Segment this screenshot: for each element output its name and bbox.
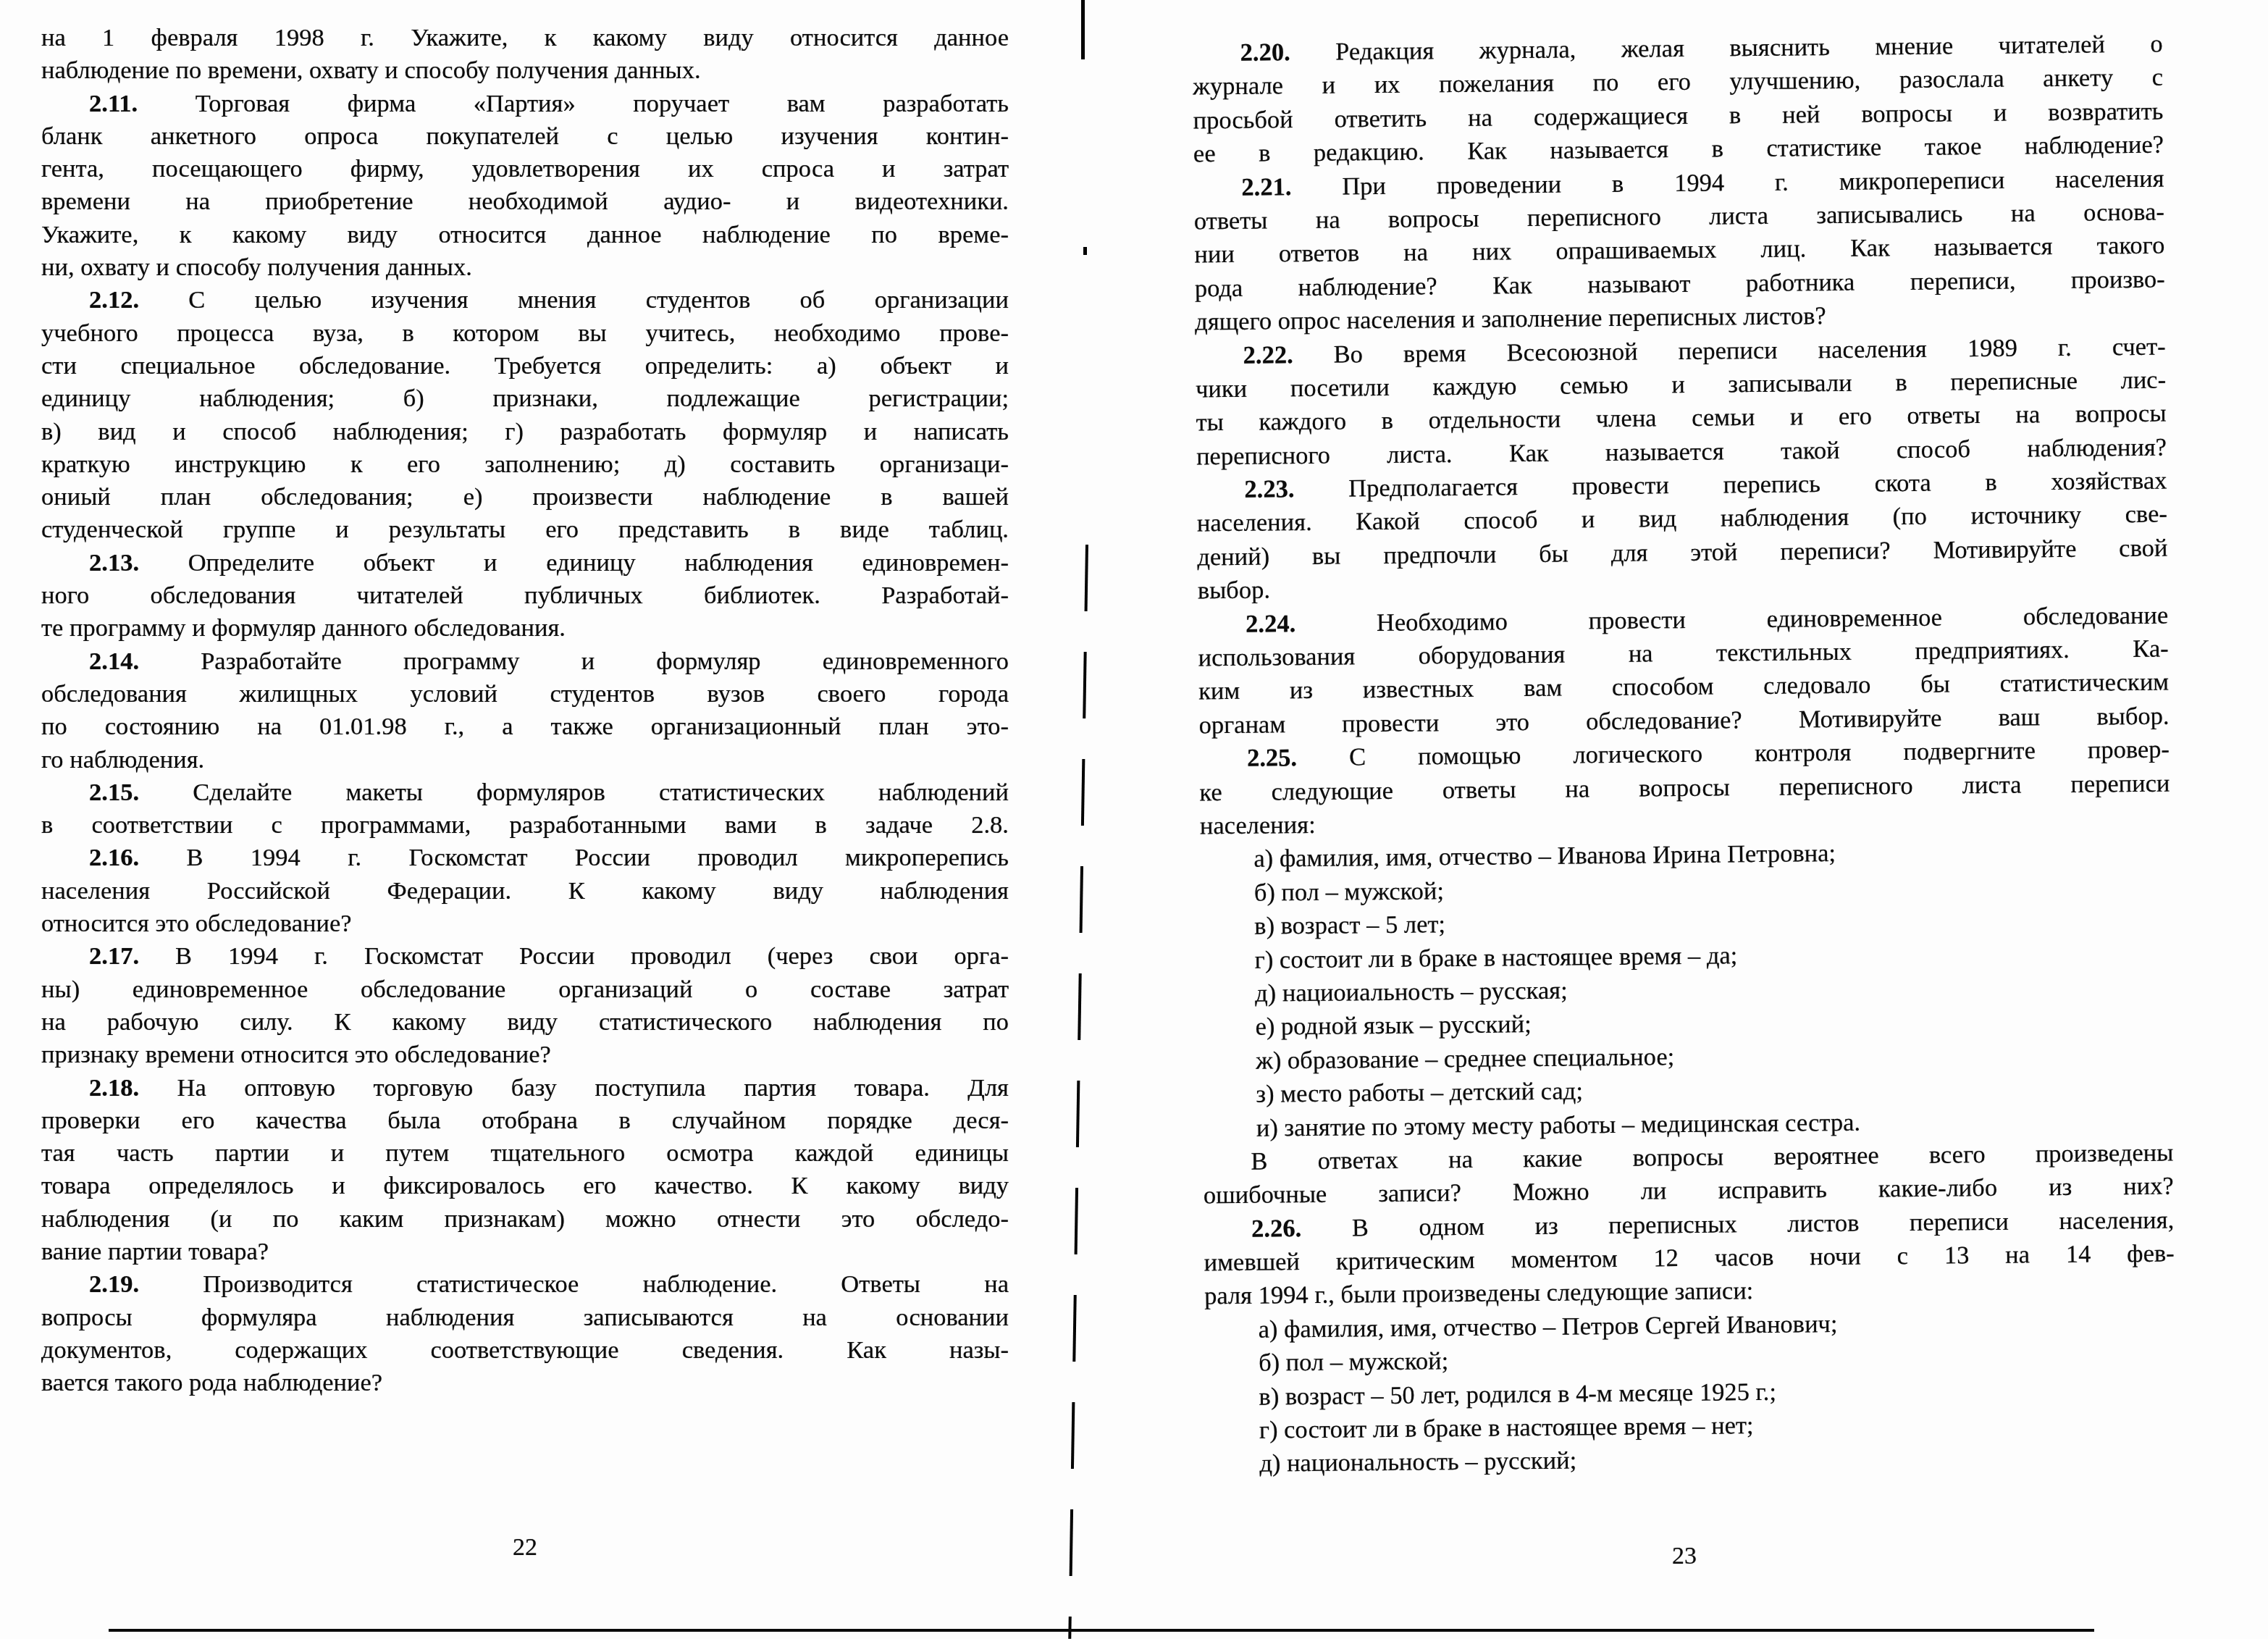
text-line: гента, посещающего фирму, удовлетворения… [41, 153, 1009, 185]
text-line: бланк анкетного опроса покупателей с цел… [41, 120, 1009, 153]
text-line: вается такого рода наблюдение? [41, 1367, 1009, 1399]
text-line: в) вид и способ наблюдения; г) разработа… [41, 416, 1009, 448]
problem-number: 2.22. [1243, 341, 1293, 369]
text-line: вопросы формуляра наблюдения записываютс… [41, 1301, 1009, 1334]
text-line: тая часть партии и путем тщательного осм… [41, 1137, 1009, 1170]
problem-number: 2.19. [89, 1270, 139, 1298]
problem-number: 2.13. [89, 549, 139, 577]
text-line: 2.12. С целью изучения мнения студентов … [41, 284, 1009, 317]
text-line: по состоянию на 01.01.98 г., а также орг… [41, 710, 1009, 743]
text-line: населения Российской Федерации. К какому… [41, 875, 1009, 907]
page-number-left: 22 [41, 1534, 1009, 1562]
text-line: товара определялось и фиксировалось его … [41, 1170, 1009, 1202]
binding-fold-line-top [1081, 0, 1085, 59]
problem-number: 2.23. [1244, 475, 1294, 503]
text-line: краткую инструкцию к его заполнению; д) … [41, 448, 1009, 481]
page-number-right: 23 [1199, 1543, 2170, 1570]
text-line: документов, содержащих соответствующие с… [41, 1334, 1009, 1367]
scan-edge-line [109, 1629, 2094, 1632]
text-line: на рабочую силу. К какому виду статистич… [41, 1006, 1009, 1039]
page-23-text-block: 2.20. Редакция журнала, желая выяснить м… [1192, 28, 2176, 1482]
text-line: учебного процесса вуза, в котором вы учи… [41, 317, 1009, 350]
problem-number: 2.18. [89, 1074, 139, 1102]
problem-number: 2.11. [89, 90, 138, 117]
text-line: Укажите, к какому виду относится данное … [41, 219, 1009, 251]
text-line: 2.11. Торговая фирма «Партия» поручает в… [41, 88, 1009, 120]
problem-number: 2.26. [1251, 1215, 1301, 1243]
binding-fold-dashed-line [1068, 545, 1088, 1639]
problem-number: 2.15. [89, 779, 139, 806]
text-line: 2.15. Сделайте макеты формуляров статист… [41, 776, 1009, 809]
problem-number: 2.20. [1240, 38, 1290, 67]
text-line: вание партии товара? [41, 1236, 1009, 1268]
text-line: относится это обследование? [41, 907, 1009, 940]
text-line: те программу и формуляр данного обследов… [41, 612, 1009, 645]
text-line: 2.17. В 1994 г. Госкомстат России провод… [41, 940, 1009, 973]
text-line: времени на приобретение необходимой ауди… [41, 185, 1009, 218]
problem-number: 2.21. [1241, 173, 1291, 201]
text-line: на 1 февраля 1998 г. Укажите, к какому в… [41, 22, 1009, 54]
text-line: 2.18. На оптовую торговую базу поступила… [41, 1072, 1009, 1104]
text-line: проверки его качества была отобрана в сл… [41, 1104, 1009, 1137]
text-line: единицу наблюдения; б) признаки, подлежа… [41, 382, 1009, 415]
text-line: признаку времени относится это обследова… [41, 1039, 1009, 1071]
text-line: наблюдения (и по каким признакам) можно … [41, 1203, 1009, 1236]
text-line: ни, охвату и способу получения данных. [41, 251, 1009, 284]
problem-number: 2.16. [89, 844, 139, 871]
binding-fold-tick [1083, 247, 1087, 255]
text-line: студенческой группе и результаты его пре… [41, 514, 1009, 546]
text-line: в соответствии с программами, разработан… [41, 809, 1009, 842]
text-line: наблюдение по времени, охвату и способу … [41, 54, 1009, 87]
text-line: 2.14. Разработайте программу и формуляр … [41, 645, 1009, 678]
text-line: ного обследования читателей публичных би… [41, 579, 1009, 612]
text-line: обследования жилищных условий студентов … [41, 678, 1009, 710]
book-scan-spread: на 1 февраля 1998 г. Укажите, к какому в… [0, 0, 2268, 1639]
page-22-text-block: на 1 февраля 1998 г. Укажите, к какому в… [41, 22, 1009, 1399]
text-line: 2.13. Определите объект и единицу наблюд… [41, 547, 1009, 579]
problem-number: 2.14. [89, 647, 139, 675]
text-line: го наблюдения. [41, 744, 1009, 776]
problem-number: 2.12. [89, 286, 139, 314]
problem-number: 2.24. [1246, 610, 1295, 638]
text-line: ны) единовременное обследование организа… [41, 973, 1009, 1006]
text-line: сти специальное обследование. Требуется … [41, 350, 1009, 382]
text-line: 2.16. В 1994 г. Госкомстат России провод… [41, 842, 1009, 874]
problem-number: 2.25. [1247, 744, 1297, 772]
problem-number: 2.17. [89, 942, 139, 970]
text-line: ониый план обследования; е) произвести н… [41, 481, 1009, 514]
text-line: 2.19. Производится статистическое наблюд… [41, 1268, 1009, 1301]
